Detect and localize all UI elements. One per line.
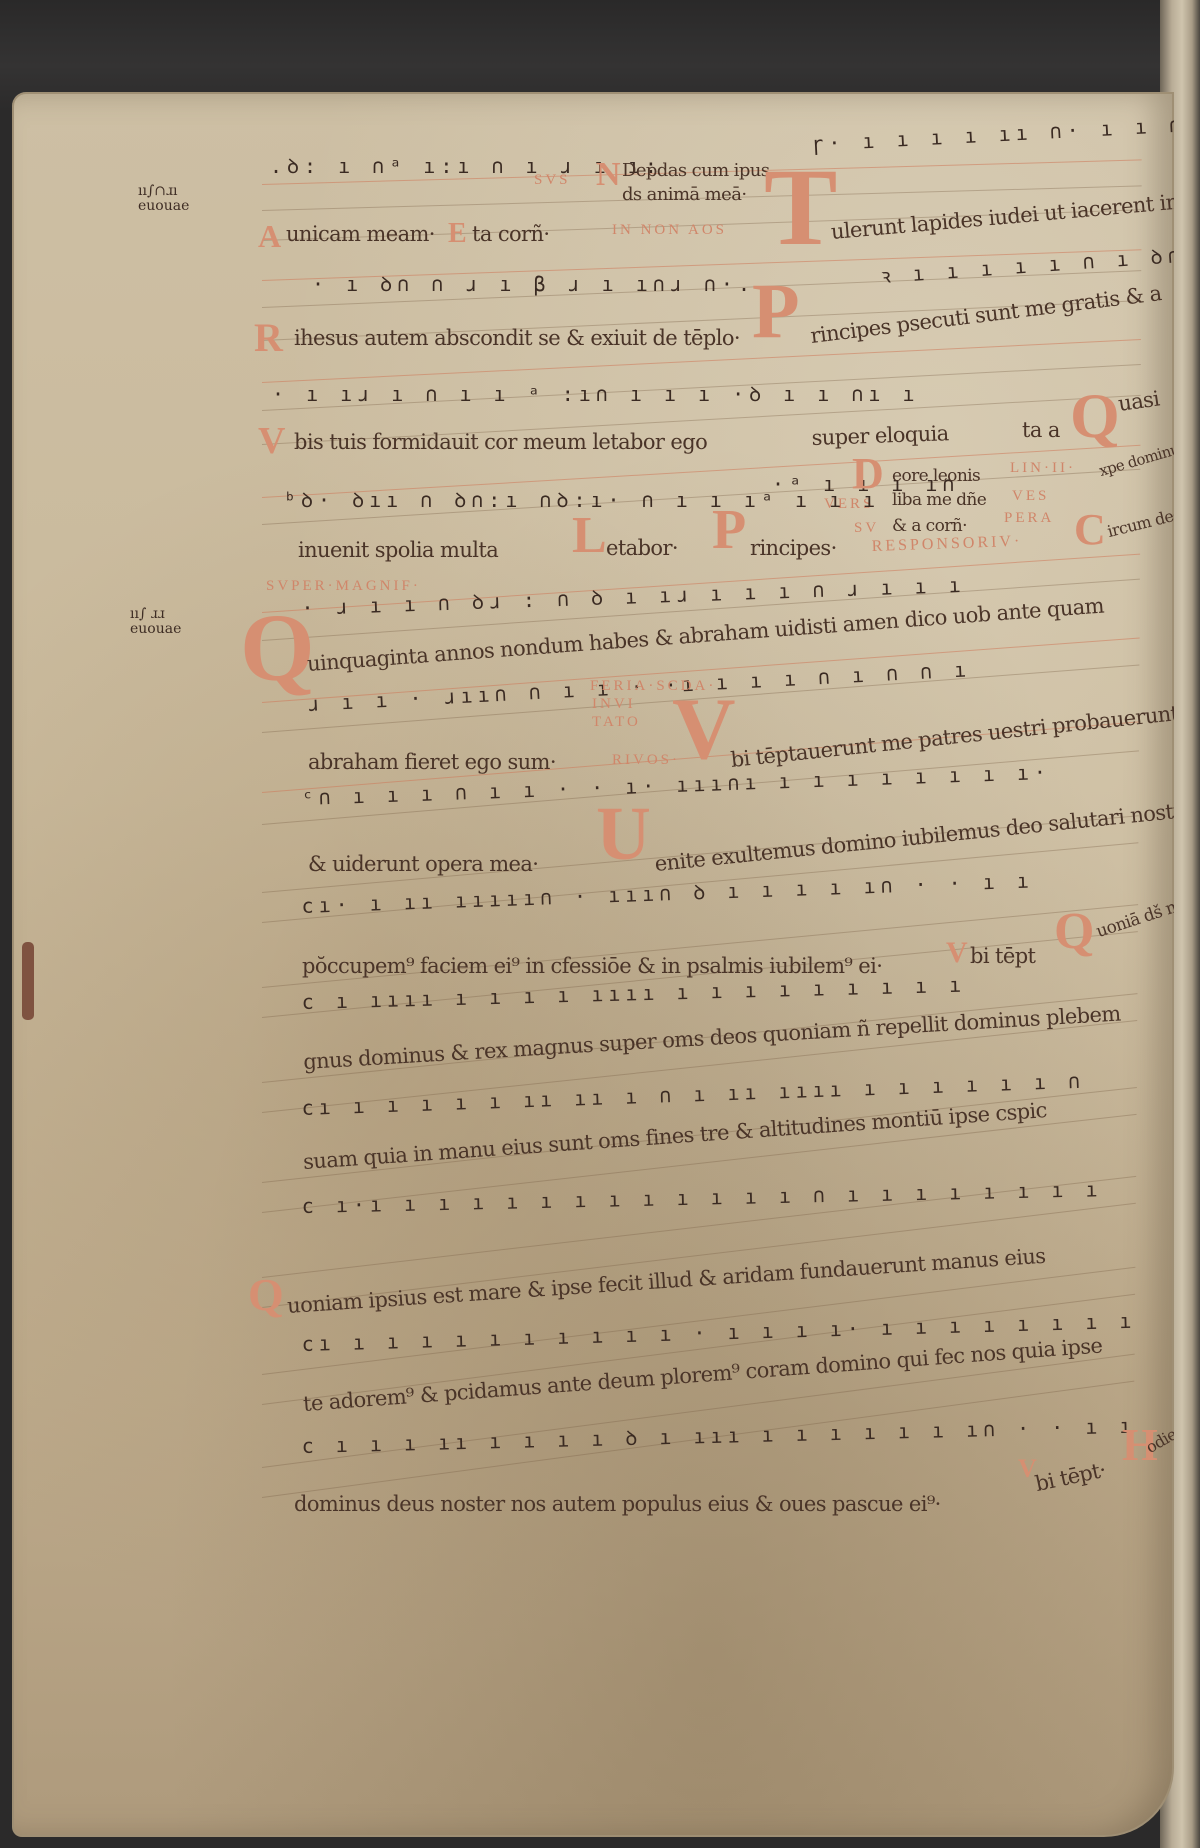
neume-row: c ı·ı ı ı ı ı ı ı ı ı ı ı ı ı ∩ ı ı ı ı … (301, 1177, 1102, 1218)
text-line: & uiderunt opera mea· (308, 852, 538, 876)
rubric-tato: TATO (592, 714, 641, 731)
rubric-in-non-aos: IN NON AOS (612, 222, 727, 239)
stain-mark (22, 942, 34, 1020)
initial-n: N (596, 158, 621, 192)
text-line: uoniā dš ma (1094, 893, 1174, 942)
text-line: Depdas cum ipus (622, 160, 769, 181)
initial-q2: Q (240, 600, 315, 696)
text-line: super eloquia (811, 421, 949, 450)
text-line: abraham fieret ego sum· (308, 750, 556, 774)
text-line: bis tuis formidauit cor meum letabor ego (294, 430, 707, 454)
initial-v: V (258, 422, 285, 460)
initial-t: T (764, 152, 837, 262)
initial-q3: Q (1054, 906, 1094, 958)
initial-c: C (1074, 508, 1106, 552)
initial-v2: V (672, 686, 736, 774)
text-line: ta corñ· (472, 222, 549, 246)
rubric-responsoriu: RESPONSORIV· (871, 533, 1022, 556)
initial-q4: Q (248, 1272, 284, 1318)
text-line: ta a (1022, 418, 1060, 442)
margin-euouae-text: euouae (130, 622, 181, 637)
text-line: inuenit spolia multa (298, 538, 498, 562)
text-line: ircum dede (1105, 502, 1174, 541)
initial-u: U (596, 796, 651, 872)
margin-note-euouae-2: ıı∫ ɹɹ euouae (130, 607, 181, 636)
neume-row: · ı ıɹ ı ∩ ı ı ᵃ :ı∩ ı ı ı ·ꝺ ı ı ∩ı ı (272, 380, 920, 407)
initial-e: E (448, 220, 467, 248)
rubric-pera: PERA (1004, 510, 1054, 527)
neume-row: c ı ıııı ı ı ı ı ıııı ı ı ı ı ı ı ı ı ı (301, 973, 966, 1014)
text-line: & a corñ· (892, 516, 967, 536)
initial-q1: Q (1070, 384, 1120, 448)
text-line: eore leonis (892, 466, 980, 486)
initial-p: P (752, 272, 800, 350)
text-line: uoniam ipsius est mare & ipse fecit illu… (286, 1244, 1046, 1318)
rubric-svs: SVS (534, 172, 571, 189)
text-line: etabor· (606, 536, 678, 560)
text-line: liba me dñe (892, 490, 986, 510)
margin-euouae-text: euouae (138, 199, 189, 214)
margin-neumes: ıı∫ ɹɹ (130, 607, 181, 622)
text-line: ihesus autem abscondit se & exiuit de tē… (294, 326, 740, 350)
initial-l: L (572, 510, 607, 562)
rubric-rivos: RIVOS· (612, 752, 680, 769)
rubric-sv: SV (854, 520, 879, 537)
margin-note-euouae-1: ıı∫∩ɹı euouae (138, 184, 189, 213)
text-line: uasi (1117, 387, 1161, 416)
text-line: unicam meam· (286, 222, 435, 246)
neume-row: c ı ı ı ıı ı ı ı ı ꝺ ı ııı ı ı ı ı ı ı ı… (301, 1412, 1136, 1459)
text-line: rincipes· (750, 536, 837, 560)
rubric-lin-ii: LIN·II· (1010, 460, 1076, 477)
initial-a: A (258, 220, 281, 252)
rubric-invi: INVI (592, 696, 636, 713)
initial-v3: V (946, 938, 968, 968)
initial-p2: P (712, 502, 746, 558)
text-line: rincipes psecuti sunt me gratis & a (809, 281, 1163, 348)
text-line: pŏccupem⁹ faciem ei⁹ in cfessiōe & in ps… (302, 954, 882, 978)
text-line: ds animā meā· (622, 184, 746, 205)
text-line: enite exultemus domino iubilemus deo sal… (654, 797, 1174, 876)
rubric-ves: VES (1012, 488, 1049, 505)
initial-r: R (254, 318, 283, 358)
margin-neumes: ıı∫∩ɹı (138, 184, 189, 199)
text-line: dominus deus noster nos autem populus ei… (294, 1492, 941, 1516)
manuscript-page: ıı∫∩ɹı euouae ıı∫ ɹɹ euouae .ꝺ: ı ∩ᵃ ı:ı… (12, 92, 1174, 1837)
neume-row: ɼ· ı ı ı ı ıı ∩· ı ı ∩ ı (811, 111, 1174, 156)
text-line: gnus dominus & rex magnus super oms deos… (303, 1001, 1122, 1074)
text-line: bi tēpt· (1033, 1458, 1108, 1496)
text-line: bi tēpt (970, 944, 1035, 968)
neume-row: · ı ꝺ∩ ∩ ɹ ı β ɹ ı ı∩ɹ ∩·. (312, 270, 755, 297)
text-line: bi tēptauerunt me patres uestri probauer… (729, 701, 1174, 772)
